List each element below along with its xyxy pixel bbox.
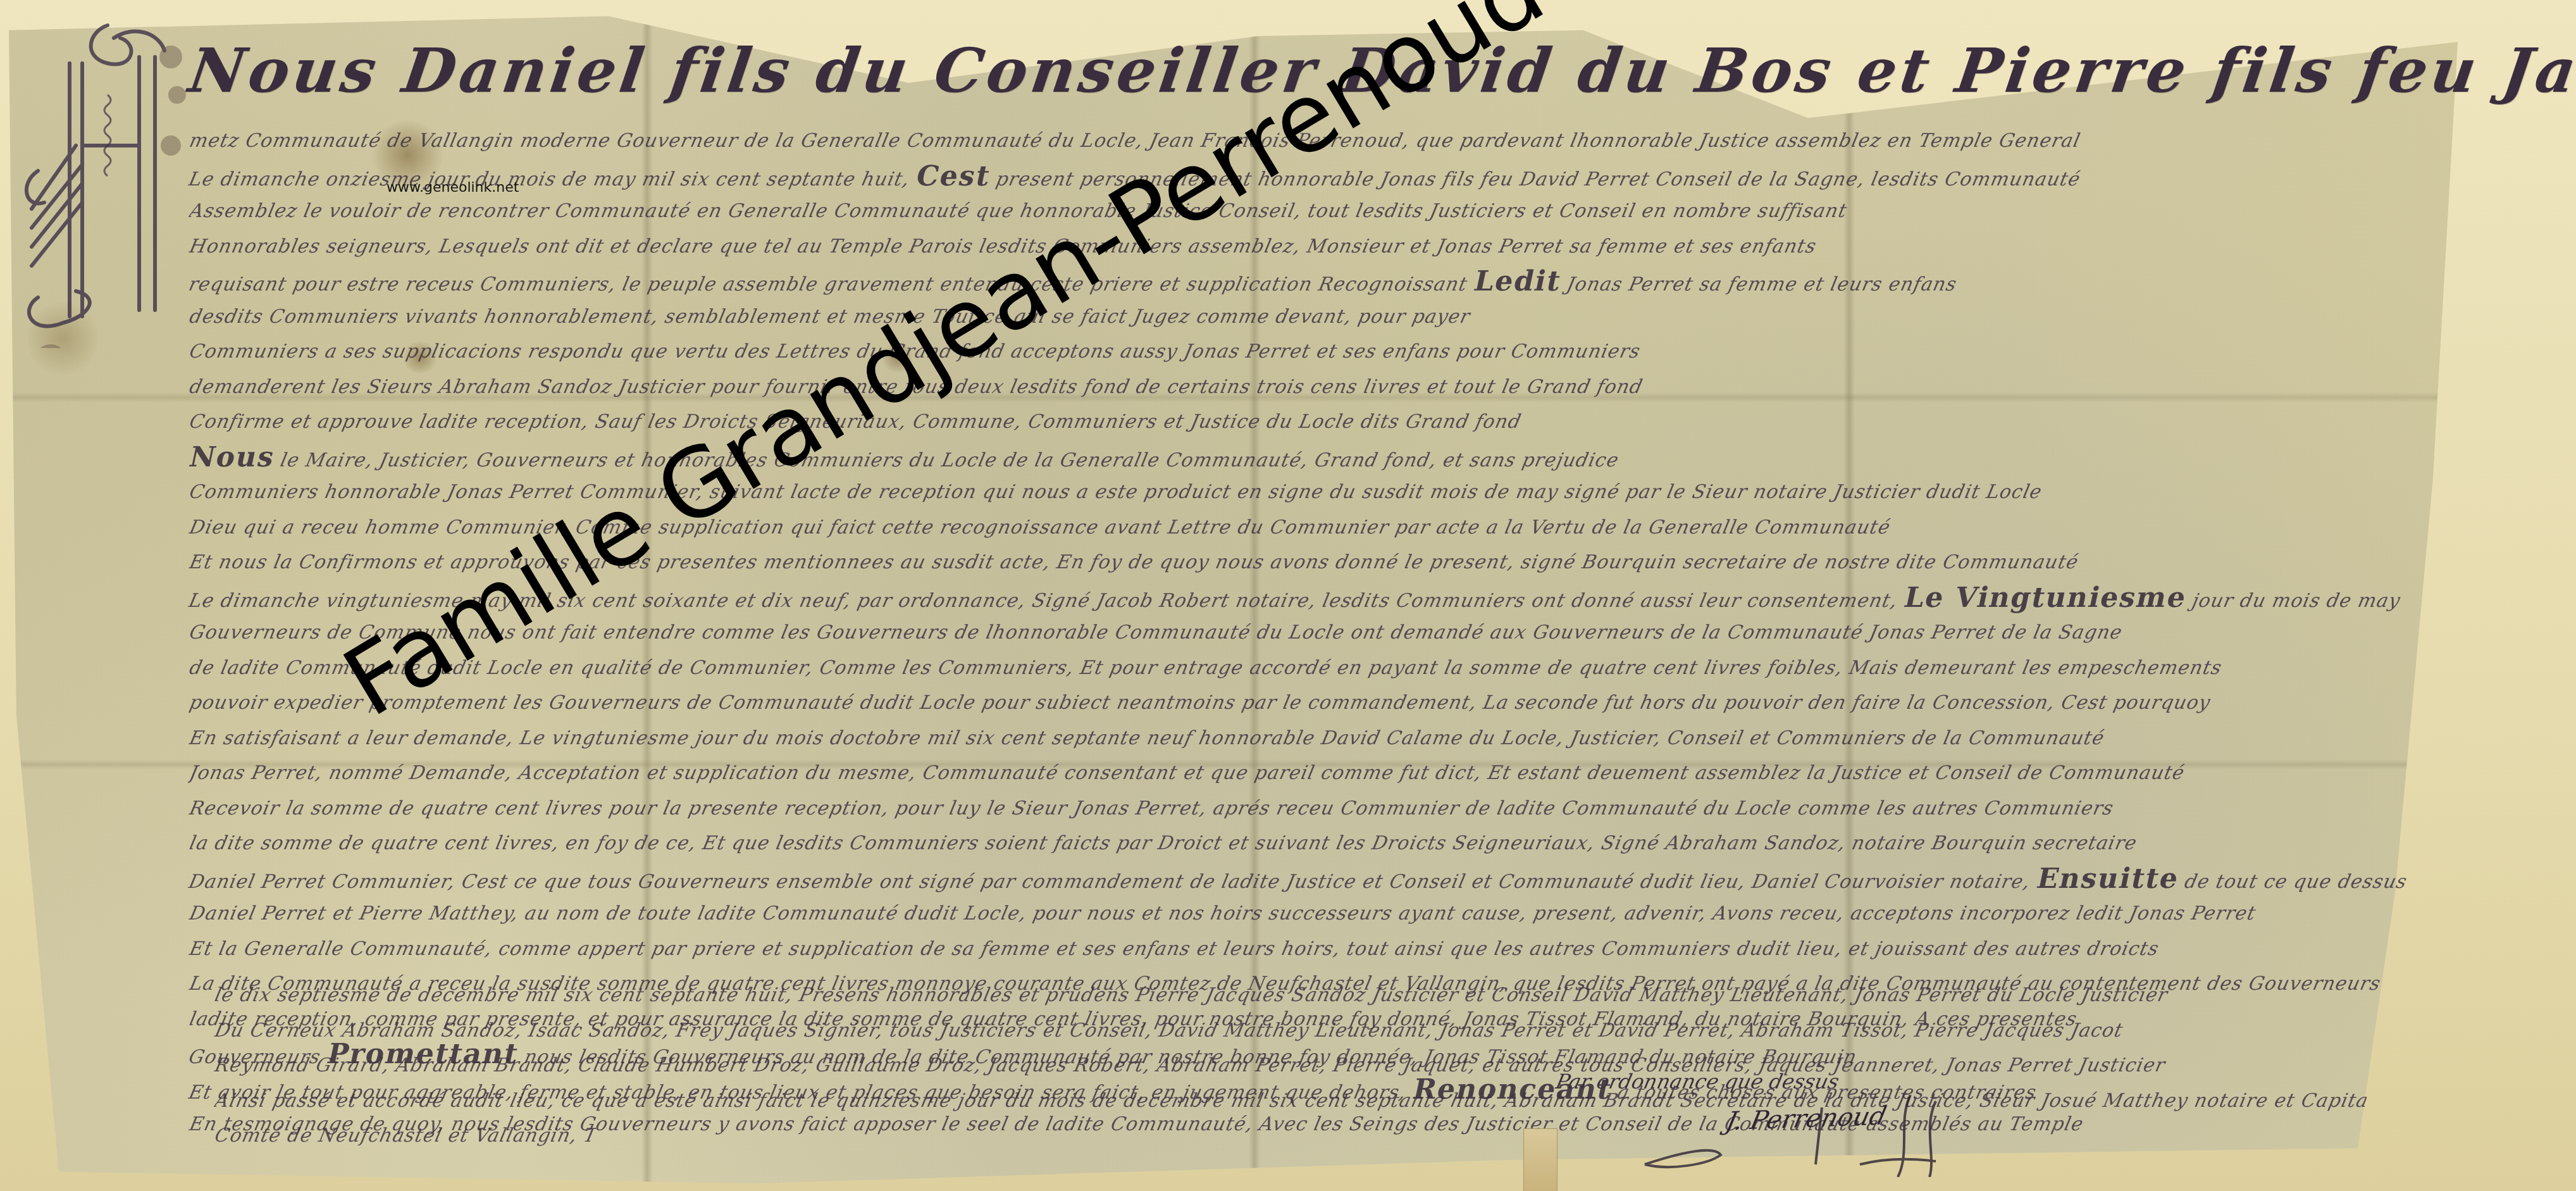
manuscript-line: Assemblez le vouloir de rencontrer Commu… xyxy=(186,194,2471,229)
title-word: fils xyxy=(666,35,798,106)
manuscript-line: En satisfaisant a leur demande, Le vingt… xyxy=(186,721,2471,756)
emphasized-word: Nous xyxy=(187,441,278,473)
signature-name: J. Perrenoud xyxy=(1723,1102,1889,1137)
title-word: du xyxy=(1573,35,1678,106)
manuscript-line: le dix septiesme de decembre mil six cen… xyxy=(211,978,2370,1013)
watermark-url: www.geneolink.net xyxy=(387,180,519,196)
emphasized-word: Ensuitte xyxy=(2034,863,2182,895)
signature-block: Par ordonnance que dessus J. Perrenoud xyxy=(1556,1069,2126,1177)
manuscript-line: Jonas Perret, nommé Demande, Acceptation… xyxy=(186,756,2471,791)
ornamental-initial-icon xyxy=(13,19,196,348)
emphasized-word: Le Vingtuniesme xyxy=(1901,582,2189,614)
title-word: Bos xyxy=(1692,35,1839,106)
manuscript-line: Du Cerneux Abraham Sandoz, Isaac Sandoz,… xyxy=(211,1013,2370,1049)
emphasized-word: Ledit xyxy=(1471,265,1564,297)
manuscript-line: Nous le Maire, Justicier, Gouverneurs et… xyxy=(186,440,2471,475)
manuscript-line: Et la Generalle Communauté, comme appert… xyxy=(186,932,2471,967)
title-word: du xyxy=(812,35,916,106)
signature-caption: Par ordonnance que dessus xyxy=(1554,1069,1841,1094)
manuscript-line: requisant pour estre receus Communiers, … xyxy=(186,264,2471,299)
manuscript-line: Communiers honnorable Jonas Perret Commu… xyxy=(186,475,2471,510)
title-word: fils xyxy=(2208,35,2340,106)
title-word: et xyxy=(1854,35,1938,106)
manuscript-line: Daniel Perret et Pierre Matthey, au nom … xyxy=(186,896,2471,932)
title-word: feu xyxy=(2354,35,2484,106)
manuscript-line: Recevoir la somme de quatre cent livres … xyxy=(186,791,2471,826)
manuscript-line: Honnorables seigneurs, Lesquels ont dit … xyxy=(186,229,2471,265)
manuscript-line: de ladite Communauté dudit Locle en qual… xyxy=(186,651,2471,686)
emphasized-word: Cest xyxy=(913,160,994,192)
manuscript-line: Confirme et approuve ladite reception, S… xyxy=(186,404,2471,440)
manuscript-line: desdits Communiers vivants honnorablemen… xyxy=(186,299,2471,335)
title-word: Daniel xyxy=(399,35,652,106)
manuscript-line: Daniel Perret Communier, Cest ce que tou… xyxy=(186,861,2471,897)
title-word: Nous xyxy=(185,35,385,106)
title-word: Pierre xyxy=(1952,35,2195,106)
seal-tab xyxy=(1523,1128,1557,1191)
manuscript-line: pouvoir expedier promptement les Gouvern… xyxy=(186,685,2471,721)
manuscript-line: Comté de Neufchastel et Vallangin, Tesmo… xyxy=(211,1118,598,1154)
manuscript-line: Communiers a ses supplicacions respondu … xyxy=(186,334,2471,370)
manuscript-line: la dite somme de quatre cent livres, en … xyxy=(186,826,2471,861)
title-word: Jadis xyxy=(2498,35,2576,106)
manuscript-line: demanderent les Sieurs Abraham Sandoz Ju… xyxy=(186,370,2471,405)
